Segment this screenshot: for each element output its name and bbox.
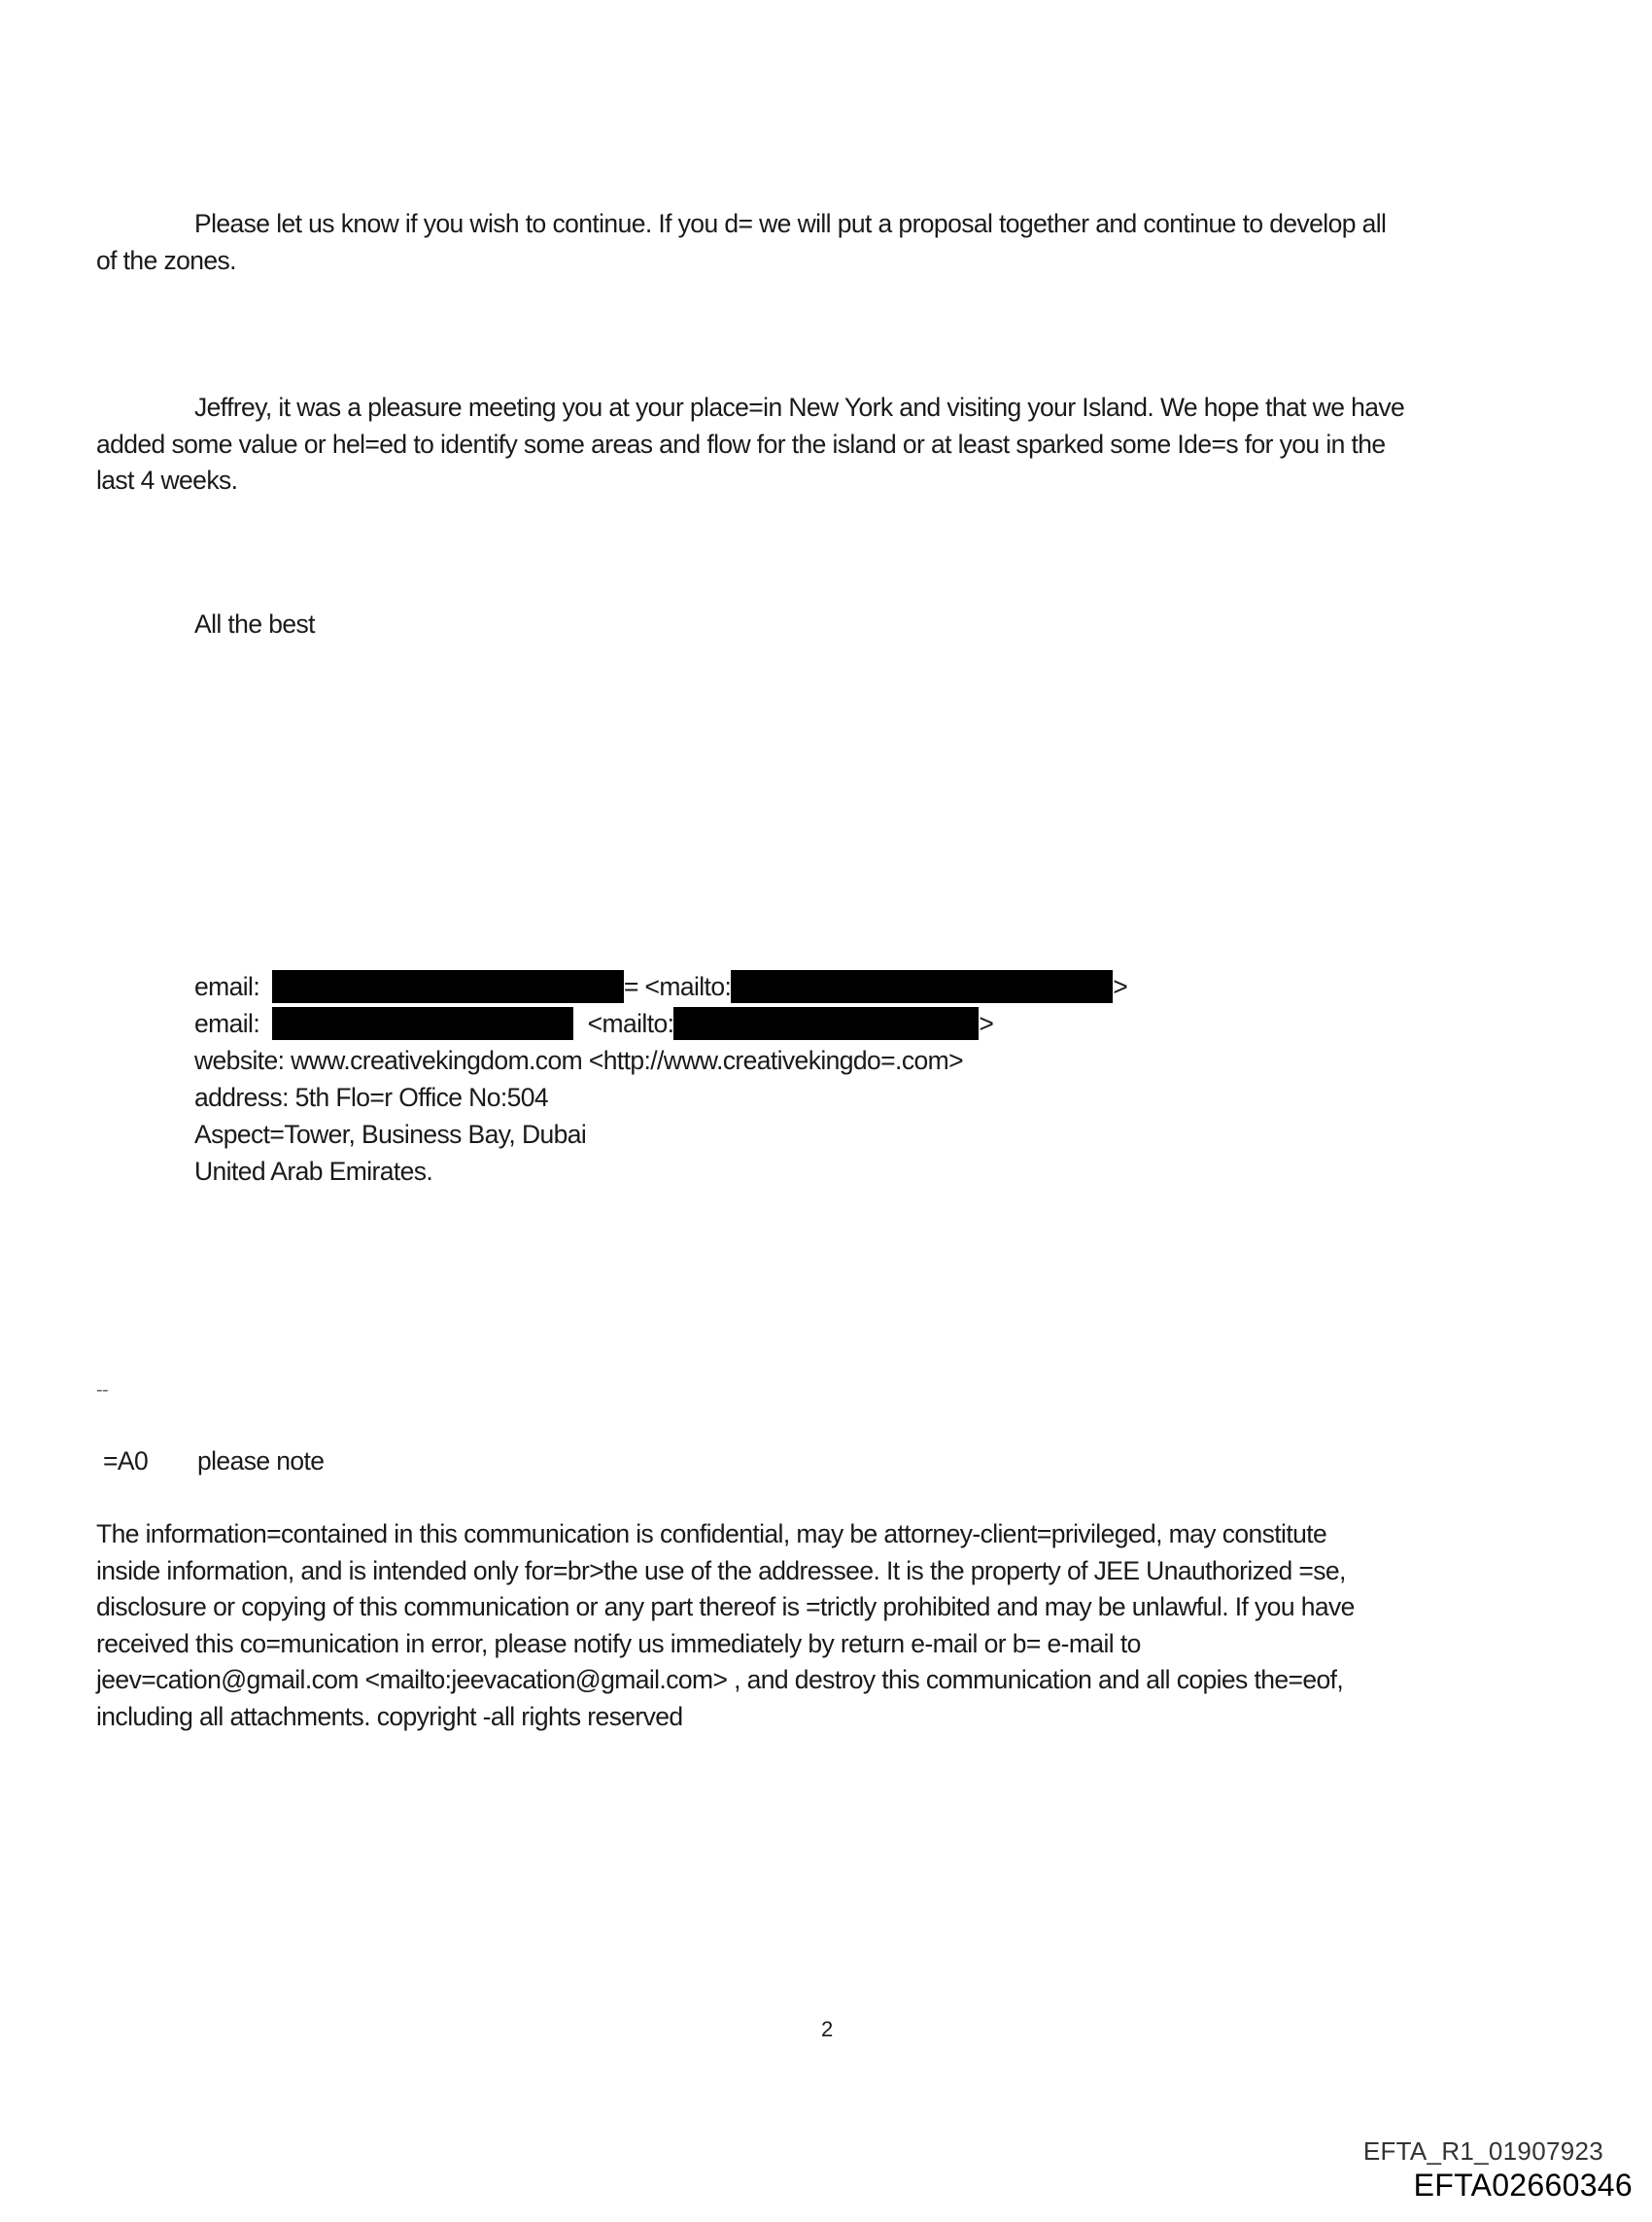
confidentiality-disclaimer: The information=contained in this commun… <box>96 1516 1554 1735</box>
redaction-box <box>731 970 1113 1003</box>
signature-address-2: Aspect=Tower, Business Bay, Dubai <box>194 1116 1127 1153</box>
bates-number-secondary: EFTA02660346 <box>1414 2168 1633 2204</box>
mailto-prefix: <mailto: <box>588 1009 674 1038</box>
paragraph-line: last 4 weeks. <box>96 463 1554 500</box>
bates-number-primary: EFTA_R1_01907923 <box>1363 2136 1603 2167</box>
redaction-box <box>272 970 624 1003</box>
disclaimer-line: The information=contained in this commun… <box>96 1516 1554 1553</box>
paragraph-line: Please let us know if you wish to contin… <box>96 206 1554 243</box>
redaction-box <box>272 1007 573 1040</box>
signature-address-3: United Arab Emirates. <box>194 1153 1127 1190</box>
signature-address-1: address: 5th Flo=r Office No:504 <box>194 1079 1127 1116</box>
redaction-box <box>673 1007 979 1040</box>
paragraph-line: Jeffrey, it was a pleasure meeting you a… <box>96 390 1554 427</box>
signature-email-2: email: <mailto:> <box>194 1005 1127 1042</box>
disclaimer-line: disclosure or copying of this communicat… <box>96 1589 1554 1626</box>
paragraph-line: of the zones. <box>96 243 1554 280</box>
disclaimer-line: including all attachments. copyright -al… <box>96 1699 1554 1736</box>
closing: All the best <box>194 607 315 643</box>
email-label: email: <box>194 972 259 1001</box>
paragraph-pleasure: Jeffrey, it was a pleasure meeting you a… <box>96 390 1554 500</box>
disclaimer-line: inside information, and is intended only… <box>96 1553 1554 1590</box>
separator: -- <box>96 1372 108 1409</box>
disclaimer-line: jeev=cation@gmail.com <mailto:jeevacatio… <box>96 1662 1554 1699</box>
email-label: email: <box>194 1009 259 1038</box>
paragraph-line: added some value or hel=ed to identify s… <box>96 427 1554 464</box>
signature-email-1: email: = <mailto:> <box>194 968 1127 1005</box>
mailto-prefix: = <mailto: <box>624 972 731 1001</box>
note-label: please note <box>197 1443 324 1480</box>
disclaimer-line: received this co=munication in error, pl… <box>96 1626 1554 1663</box>
mailto-suffix: > <box>1113 972 1127 1001</box>
signature-website: website: www.creativekingdom.com <http:/… <box>194 1042 1127 1079</box>
note-prefix: =A0 <box>103 1443 148 1480</box>
mailto-suffix: > <box>979 1009 993 1038</box>
signature-block: email: = <mailto:> email: <mailto:> webs… <box>194 968 1127 1190</box>
page-number: 2 <box>821 2017 833 2042</box>
paragraph-continue: Please let us know if you wish to contin… <box>96 206 1554 279</box>
